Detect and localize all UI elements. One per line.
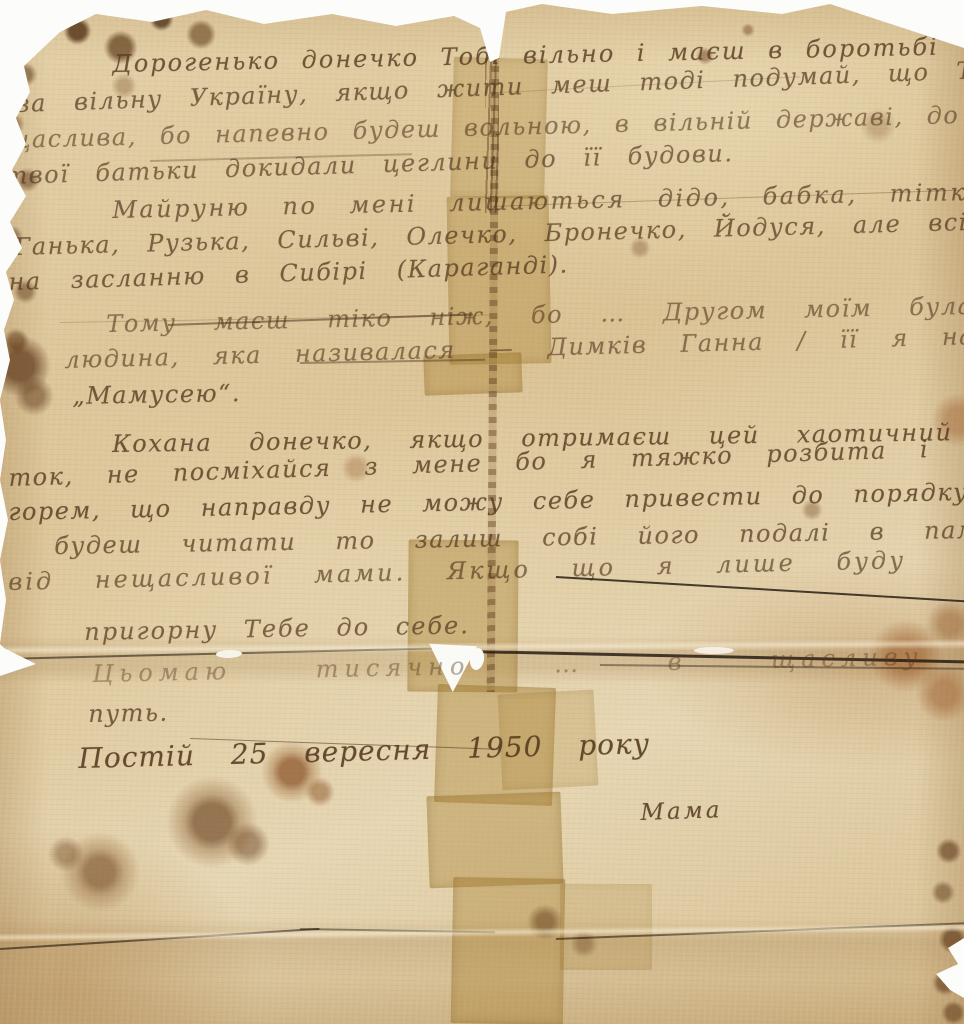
handwritten-line: „Мамусею“.	[72, 379, 241, 410]
scanned-letter-photo: Дорогенько донечко Тобі вільно і маєш в …	[0, 0, 964, 1024]
letter-paper: Дорогенько донечко Тобі вільно і маєш в …	[0, 0, 964, 1024]
tape-strip	[451, 877, 566, 1024]
tape-strip	[426, 792, 563, 889]
handwritten-closing-word: путь.	[88, 699, 169, 728]
signature-mama: Мама	[640, 797, 723, 826]
